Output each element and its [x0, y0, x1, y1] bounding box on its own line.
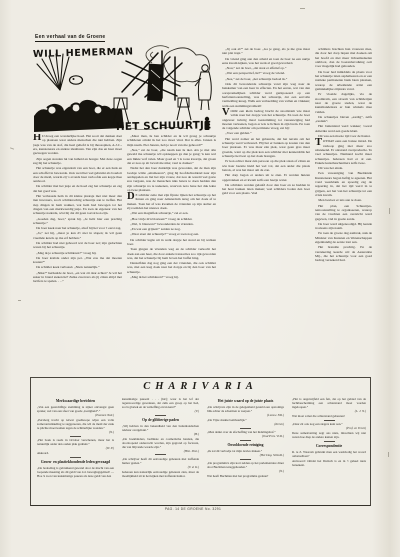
quote-source: (W. P.)	[37, 446, 114, 450]
story-paragraph: De schilder had niet gehoord wat de boer…	[33, 241, 122, 250]
painter-head	[73, 105, 80, 112]
story-paragraph: Dit was het einde.	[315, 166, 372, 170]
story-paragraph: „Nou,” zei de boer, „dat staat er effeti…	[222, 66, 310, 70]
quote-source: (N.)	[37, 430, 114, 434]
charivaria-quote: „Daar zit ook nog een slegers kant aan.”…	[292, 422, 366, 430]
story-paragraph: „Voor een gulden.”	[222, 131, 310, 135]
charivaria-title: CHARIVARIA	[31, 381, 370, 392]
quote-source: (N.)	[207, 469, 284, 473]
drop-cap: H	[33, 134, 42, 142]
margin-smudge	[18, 300, 21, 301]
charivaria-quote: „Wij hebben in den bekendheid van den bu…	[122, 424, 199, 436]
charivaria-quote: „De programma's zijn kort zelden op het …	[207, 461, 284, 473]
margin-smudge	[300, 8, 305, 9]
story-paragraph: „Mag ik het schilderen?” vroeg hij.	[127, 275, 216, 279]
charivaria-heading: Merkwaardige berichten	[37, 399, 114, 404]
charivaria-text: Wat moet u met die achterstand gebeuren!	[292, 414, 366, 418]
charivaria-quote: „Van een geestdriftige stemming te zijne…	[37, 405, 114, 417]
story-paragraph: HIJ droeg een wonderlijke hoed. Het soor…	[33, 134, 122, 156]
charivaria-heading: Het juiste waard op de juiste plaats	[207, 399, 284, 404]
quote-source: (H.)	[122, 432, 199, 436]
story-paragraph: „Waar staat dat schuurtje?” vroeg er toe…	[127, 232, 216, 236]
story-paragraph: Denzelfden dag nog ging een der vrienden…	[127, 261, 216, 274]
story-paragraph: De schilder legde uit in welk dorpje het…	[127, 238, 216, 247]
story-paragraph: „En wat een grijzen!” zeiden ze nog.	[127, 227, 216, 231]
quote-source: (Hist. Post.)	[122, 449, 199, 453]
item-divider	[155, 415, 166, 416]
quote-source: (Leeuw. Nbl.)	[207, 413, 284, 417]
story-paragraph: „Ja,” zei hij, „maar je kan d'r niet in …	[33, 231, 122, 240]
charivaria-quote: „De schrijvers zijn in de gelegenheid ge…	[207, 405, 284, 417]
story-column-4: schilders brachten hun vrouwen mee, die …	[315, 47, 372, 374]
palette	[70, 76, 83, 84]
story-paragraph: „Goeden dag, boer,” sprak hij. „Je hebt …	[33, 217, 122, 226]
quote-source: (Kreen)	[207, 422, 284, 426]
charivaria-column-4: „Het is ongetwijfeld een feit, dat op he…	[292, 397, 366, 501]
story-paragraph: De boer had inmiddels de plaats voor het…	[315, 70, 372, 92]
charivaria-quote: „De schrijver heeft dit eenvoudige gebeu…	[122, 457, 199, 469]
drop-cap: T	[315, 139, 323, 147]
story-paragraph: De vriend ging aan den arbeid en toen de…	[222, 57, 310, 66]
drop-cap: D	[127, 193, 135, 201]
charivaria-text: Antwoord: Omdat het Duitsch is en in 't …	[292, 459, 366, 467]
story-paragraph: DE schilder zette met zijn fijnste lijne…	[127, 193, 216, 210]
item-divider	[324, 420, 335, 421]
story-paragraph: „Wel, 'n blauwen!” bewonderden de vriend…	[127, 222, 216, 226]
story-paragraph: Ook dit bewonderde schuurtje vond zijn w…	[222, 82, 310, 108]
drop-cap: V	[222, 109, 230, 117]
story-paragraph: Het verbaasde hem in dit kleine plaatsje…	[33, 194, 122, 216]
charivaria-quote: „Ik zal dit verbodje tot mijn devies mak…	[207, 449, 284, 457]
quote-source: (Prof. en Trock)	[292, 426, 366, 430]
quote-source: (V.)	[122, 409, 199, 413]
item-divider	[70, 457, 81, 458]
charivaria-quote: „De bedoeling is gebruikend gewend door …	[37, 466, 114, 478]
story-paragraph: Er vloeide dagelijks, via de stoomtram, …	[315, 92, 372, 114]
quote-source: (V. d. K.)	[122, 465, 199, 469]
margin-smudge	[389, 208, 390, 214]
story-paragraph: TOTDAT eens een baisse intrad. De verkoo…	[315, 139, 372, 165]
charivaria-heading: Onvoldoende reiniging	[207, 443, 284, 448]
story-paragraph: „Mag ik je schuurtje schilderen?” vroeg …	[33, 251, 122, 255]
story-column-3: „Jij ook al?” zei de boer. „Ga je gang, …	[222, 47, 310, 374]
item-divider	[70, 436, 81, 437]
story-paragraph: „Hoe vin'je m'n blauwen?” vroeg de schil…	[127, 217, 216, 221]
charivaria-quote: „Het is ongetwijfeld een feit, dat op he…	[292, 397, 366, 413]
story-paragraph: Dit was een mooie tijd voor de Kunst.	[315, 134, 372, 138]
story-paragraph: Er kon echter maar één persoon op die pl…	[222, 159, 310, 172]
title-figure	[205, 117, 210, 130]
story-paragraph: „Jij ook al?” zei de boer. „Ga je gang, …	[222, 47, 310, 56]
story-paragraph: Het schuurtje was eigendom van een boer,…	[33, 166, 122, 183]
charivaria-quote: „Persberg tracht op ietwat goedkoope wij…	[37, 418, 114, 434]
story-paragraph: Het dorp begon er anders uit te zien. Er…	[222, 173, 310, 182]
easel	[177, 98, 191, 120]
item-divider	[240, 428, 251, 429]
story-paragraph: Het werd zomer en het gebeurde, dat het …	[222, 137, 310, 159]
quote-source: (Examen Ned.)	[37, 413, 114, 417]
item-divider	[324, 441, 335, 442]
story-paragraph: De boer werd uitgenoodigd. Hij leende tr…	[315, 222, 372, 231]
story-paragraph: Zijn oogen stonden lui van luiheid en ho…	[33, 157, 122, 166]
story-illustration: WILL HEMERMAN	[30, 40, 218, 132]
charivaria-section: CHARIVARIA Merkwaardige berichten„Van ee…	[30, 377, 371, 506]
story-paragraph: „Niks?” herhaalde de boer, „en wat zit d…	[33, 271, 122, 284]
charivaria-text: Wat heeft Buchman met het programma geda…	[207, 474, 284, 478]
charivaria-column-2: kunstmatige pausen! . . . (hic); waar is…	[122, 397, 199, 501]
story-paragraph: „Wat een perspectief, hè?” vroeg de vrie…	[222, 71, 310, 75]
charivaria-column-3: Het juiste waard op de juiste plaats„De …	[207, 397, 284, 501]
story-column-1: HIJ droeg een wonderlijke hoed. Het soor…	[33, 134, 122, 370]
story-column-2: „Maar man, ik ben schilder en ik wil gra…	[127, 134, 216, 374]
quote-source: (L. J. N.)	[292, 409, 366, 413]
charivaria-quote: „De boekbinders, bedlinste en cosmetisch…	[122, 437, 199, 453]
story-paragraph: De schilder keek verbaasd. „Niets natuur…	[33, 265, 122, 269]
story-paragraph: Het brandde prachtig. En de verzekering …	[315, 245, 372, 262]
charivaria-heading: Correspondentie	[292, 444, 366, 449]
story-paragraph: Het buitenland werd wakker; vooral Ameri…	[315, 124, 372, 133]
charivaria-quote: „De Vijze donkie bembaarlijk.”(Kreen)	[207, 418, 284, 426]
charivaria-column-1: Merkwaardige berichten„Van een geestdrif…	[37, 397, 114, 501]
item-divider	[240, 459, 251, 460]
margin-smudge	[388, 452, 389, 457]
story-paragraph: Men besloot er iets aan te doen.	[315, 198, 372, 202]
charivaria-text: Iedereen kan natuurlijk eenvoudige gebeu…	[122, 470, 199, 478]
story-paragraph: En toen de groote dag aanbrak, stak de M…	[315, 231, 372, 244]
charivaria-quote: „Men denkt over de afschaffing van het I…	[207, 430, 284, 438]
charivaria-quote: „Het boek is reeds in October verschenen…	[37, 438, 114, 450]
story-paragraph: De schuurtjes bleven „aardig”, zelfs „ru…	[315, 115, 372, 124]
shed-chimney	[147, 64, 164, 102]
newspaper-page: Een verhaal van de Groene WILL HEMERMAN	[0, 0, 400, 557]
story-paragraph: „Maar man, ik ben schilder en ik wil gra…	[127, 134, 216, 147]
story-paragraph: Het plan, een Schuurtjes-tentoonstelling…	[315, 204, 372, 221]
story-paragraph: Toen gingen de vrienden weg en de schild…	[127, 247, 216, 260]
story-paragraph: „Nee,” zei de boer, „die naam ken ik nie…	[127, 148, 216, 165]
farmer-figure	[195, 65, 211, 110]
story-paragraph: De schilder met het jasje en de hoed zag…	[33, 184, 122, 193]
story-paragraph: Een vereeniging van Beeldende Kunstenaar…	[315, 171, 372, 197]
artist-signature: WILL HEMERMAN	[33, 46, 134, 60]
story-paragraph: „Nee,” zei de boer, „het schuurtje bedoe…	[222, 77, 310, 81]
story-paragraph: schilders brachten hun vrouwen mee, die …	[315, 47, 372, 69]
charivaria-text: Deze samenvatting zegt ons niets, missch…	[292, 431, 366, 439]
story-paragraph: De boer keek naar het schuurtje, alsof h…	[33, 226, 122, 230]
story-paragraph: De schilders werden gelaafd door den boe…	[222, 183, 310, 196]
charivaria-text: R. te Z. Waarom gebruikt men een werkbod…	[292, 450, 366, 458]
story-paragraph: „Wat een magnifiek schuurtje,” zei er ee…	[127, 211, 216, 215]
page-footer: PAG. 14 DE GROENE No. 3291	[0, 507, 386, 511]
quote-source: (Oud Prov. Vr.bl.)	[207, 434, 284, 438]
story-paragraph: De boer krabde onder zijn pet. „Wat zou …	[33, 256, 122, 265]
story-paragraph: Nadat het den boer duidelijk was geworde…	[127, 166, 216, 192]
item-divider	[155, 454, 166, 455]
painter-head	[95, 107, 102, 114]
item-divider	[240, 440, 251, 441]
story-paragraph: VOOR een klein bedrag bracht de stoomtra…	[222, 109, 310, 131]
story-title: HET SCHUURTJE	[116, 119, 212, 132]
margin-smudge	[10, 147, 14, 149]
charivaria-text: Akkoord.	[37, 451, 114, 455]
charivaria-heading: Op de glibberige paden	[122, 418, 199, 423]
painter-head	[48, 106, 55, 113]
charivaria-quote: kunstmatige pausen! . . . (hic); waar is…	[122, 397, 199, 413]
charivaria-heading: Groen- en plastiekhoudende leden gevraag…	[37, 460, 114, 465]
quote-source: (Het Dag. Volksbl.)	[207, 453, 284, 457]
